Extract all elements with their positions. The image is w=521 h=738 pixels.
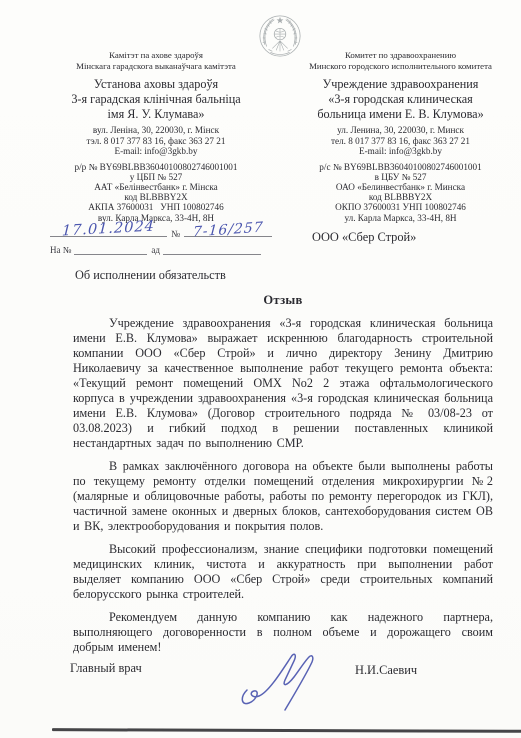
incoming-date-label: ад bbox=[151, 245, 160, 255]
left-bank-name-line: ААТ «Белінвестбанк» г. Мінска bbox=[40, 182, 272, 192]
left-committee-block: Камітэт па ахове здароўя Мінскага гарадс… bbox=[40, 50, 272, 72]
right-org-line: Учреждение здравоохранения bbox=[286, 77, 515, 92]
subject-line: Об исполнении обязательств bbox=[75, 268, 226, 283]
incoming-date-underline bbox=[163, 254, 261, 255]
left-email-line: E-mail: info@3gkb.by bbox=[40, 146, 272, 157]
left-org-line: 3-я гарадская клінічная бальніца bbox=[40, 92, 272, 107]
right-committee-block: Комитет по здравоохранению Минского горо… bbox=[286, 50, 515, 72]
left-bank-branch-line: у ЦБП № 527 bbox=[40, 172, 272, 182]
left-committee-line: Камітэт па ахове здароўя bbox=[40, 50, 272, 61]
handwritten-date: 17.01.2024 bbox=[62, 219, 156, 240]
letterhead-right-column: Комитет по здравоохранению Минского горо… bbox=[286, 50, 515, 223]
right-committee-line: Комитет по здравоохранению bbox=[286, 50, 515, 61]
recipient: ООО «Сбер Строй» bbox=[312, 230, 416, 245]
scan-edge-line bbox=[52, 728, 521, 733]
left-account-line: р/р № BY69BLBB36040100802746001001 bbox=[40, 162, 272, 172]
handwritten-number: 7-16/257 bbox=[192, 219, 264, 240]
right-bank-block: р/с № BY69BLBB36040100802746001001 в ЦБУ… bbox=[286, 162, 515, 223]
right-address-line: ул. Ленина, 30, 220030, г. Минск bbox=[286, 125, 515, 136]
incoming-number-underline bbox=[74, 254, 147, 255]
right-committee-line: Минского городского исполнительного коми… bbox=[286, 61, 515, 72]
outgoing-number-row: 17.01.2024 № 7-16/257 bbox=[50, 214, 272, 237]
right-bank-code-line: код BLBBBY2X bbox=[286, 192, 515, 202]
signer-name: Н.И.Саевич bbox=[355, 663, 417, 678]
handwritten-signature bbox=[233, 646, 341, 714]
number-sign-label: № bbox=[171, 230, 180, 240]
letter-title: Отзыв bbox=[73, 293, 493, 308]
right-email-line: E-mail: info@3gkb.by bbox=[286, 146, 515, 157]
date-underline: 17.01.2024 bbox=[50, 218, 167, 237]
letterhead-left-column: Камітэт па ахове здароўя Мінскага гарадс… bbox=[40, 50, 272, 223]
left-address-line: вул. Леніна, 30, 220030, г. Мінск bbox=[40, 125, 272, 136]
right-bank-branch-line: в ЦБУ № 527 bbox=[286, 172, 515, 182]
paragraph-2: В рамках заключённого договора на объект… bbox=[73, 459, 493, 534]
left-org-name: Установа аховы здароўя 3-я гарадская клі… bbox=[40, 77, 272, 122]
left-committee-line: Мінскага гарадскога выканаўчага камітэта bbox=[40, 61, 272, 72]
right-bank-name-line: ОАО «Белинвестбанк» г. Минска bbox=[286, 182, 515, 192]
incoming-number-label: На № bbox=[50, 245, 71, 255]
right-org-name: Учреждение здравоохранения «3-я городска… bbox=[286, 77, 515, 122]
belarus-coat-of-arms-icon bbox=[257, 13, 303, 59]
incoming-number-row: На № ад bbox=[50, 242, 272, 255]
letter-body: Отзыв Учреждение здравоохранения «3-я го… bbox=[73, 293, 493, 663]
right-phone-line: тел. 8 017 377 83 16, факс 363 27 21 bbox=[286, 136, 515, 147]
right-contact-block: ул. Ленина, 30, 220030, г. Минск тел. 8 … bbox=[286, 125, 515, 157]
left-org-line: Установа аховы здароўя bbox=[40, 77, 272, 92]
letter-page: Камітэт па ахове здароўя Мінскага гарадс… bbox=[0, 0, 521, 738]
right-account-line: р/с № BY69BLBB36040100802746001001 bbox=[286, 162, 515, 172]
right-okpo-unp-line: ОКПО 37600031 УНП 100802746 bbox=[286, 202, 515, 212]
left-phone-line: тэл. 8 017 377 83 16, факс 363 27 21 bbox=[40, 136, 272, 147]
signer-position: Главный врач bbox=[70, 661, 142, 676]
paragraph-1: Учреждение здравоохранения «3-я городска… bbox=[73, 316, 493, 451]
paragraph-3: Высокий профессионализм, знание специфик… bbox=[73, 542, 493, 602]
right-bank-address-line: ул. Карла Маркса, 33-4Н, 8Н bbox=[286, 213, 515, 223]
right-org-line: «3-я городская клиническая bbox=[286, 92, 515, 107]
reference-block: 17.01.2024 № 7-16/257 На № ад bbox=[50, 214, 272, 255]
left-okpo-unp-line: АКПА 37600031 УНП 100802746 bbox=[40, 202, 272, 212]
number-underline: 7-16/257 bbox=[184, 218, 272, 237]
left-contact-block: вул. Леніна, 30, 220030, г. Мінск тэл. 8… bbox=[40, 125, 272, 157]
left-org-line: імя Я. У. Клумава» bbox=[40, 107, 272, 122]
right-org-line: больница имени Е. В. Клумова» bbox=[286, 107, 515, 122]
left-bank-code-line: код BLBBBY2X bbox=[40, 192, 272, 202]
